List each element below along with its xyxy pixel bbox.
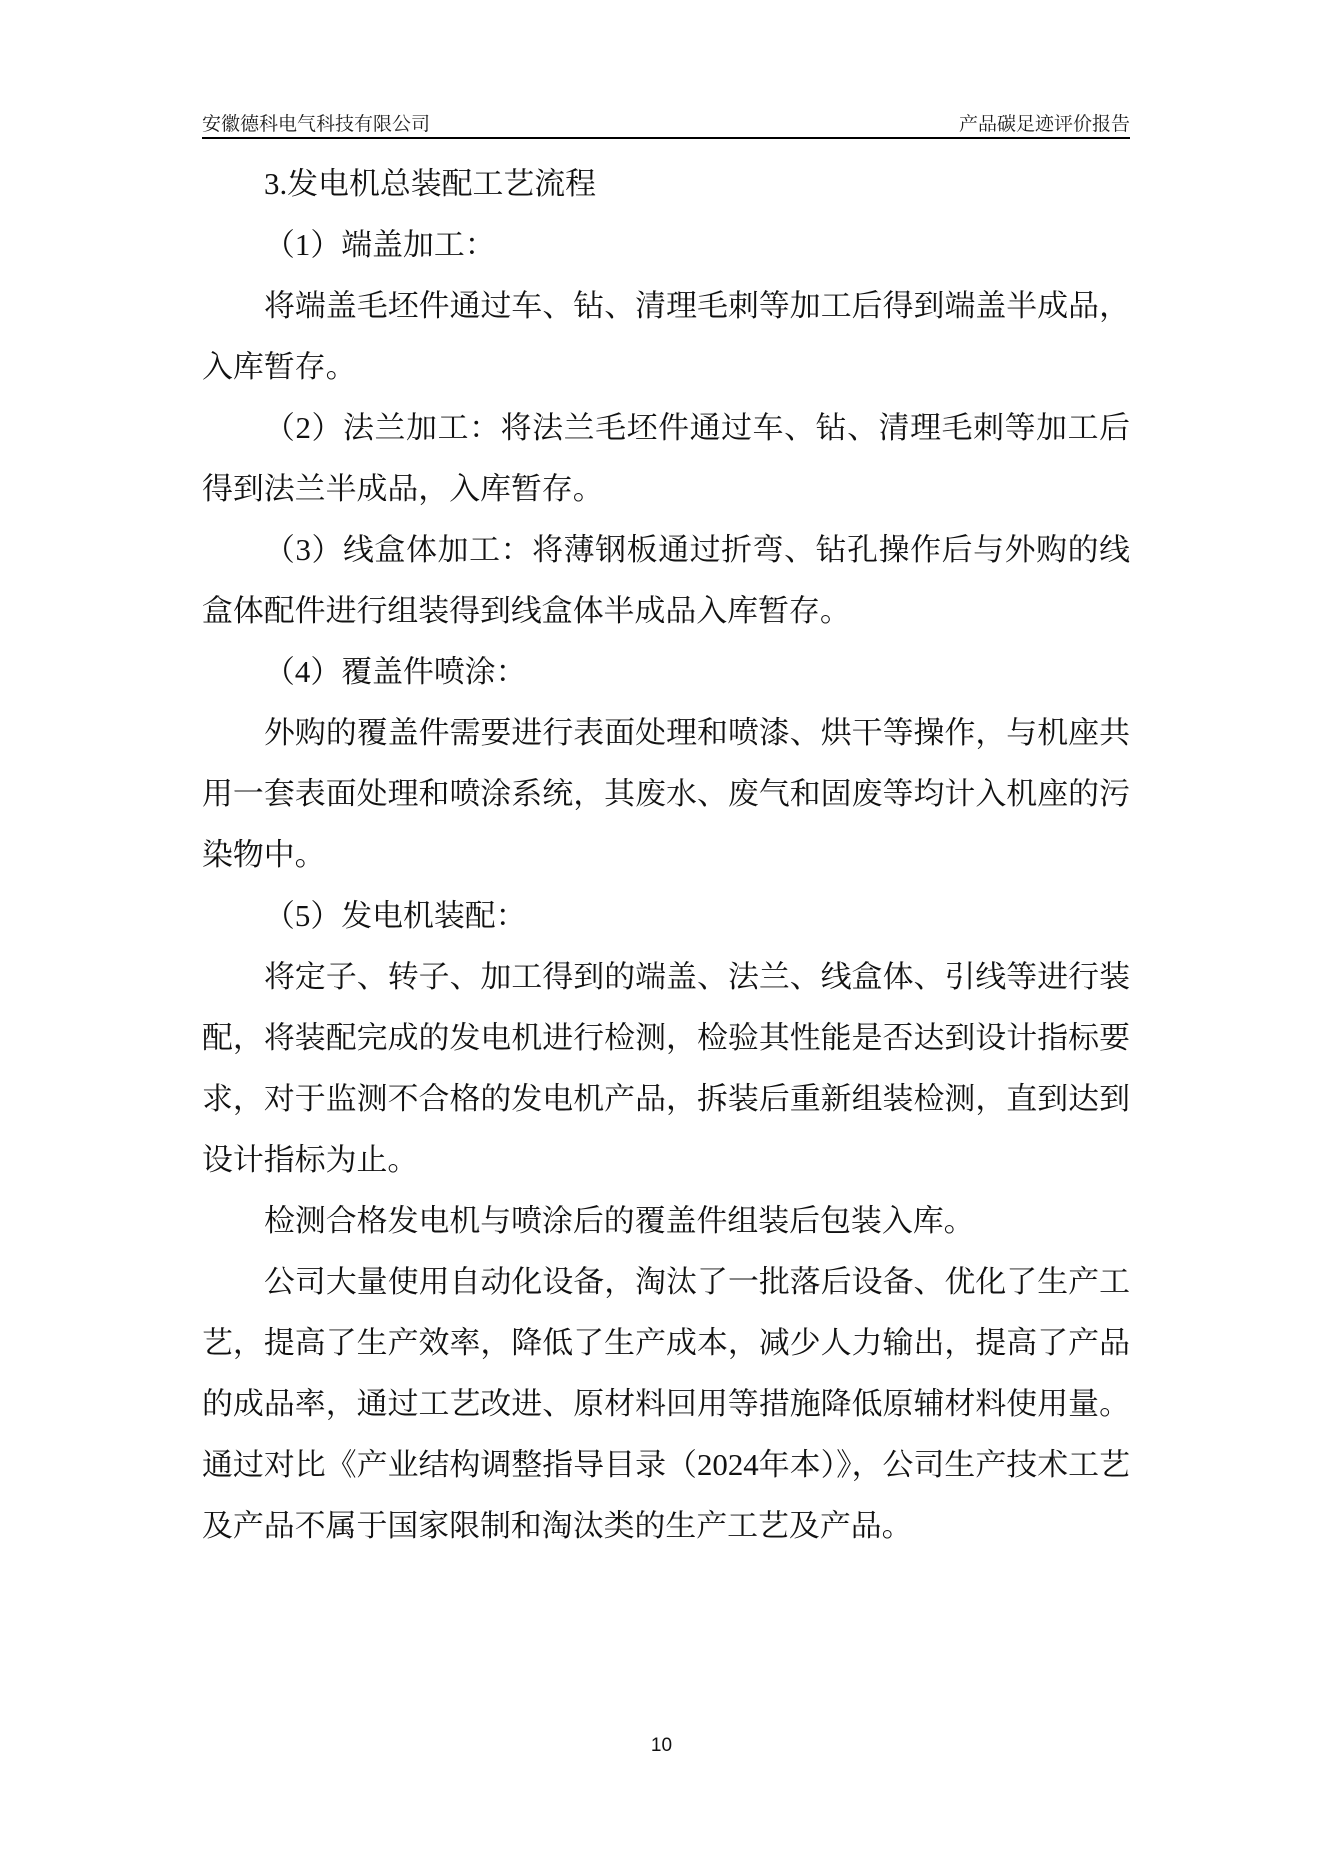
page-number: 10 [0,1735,1323,1757]
subheading-end-cap: （1）端盖加工： [202,214,1130,275]
paragraph-cover-spraying: 外购的覆盖件需要进行表面处理和喷漆、烘干等操作，与机座共用一套表面处理和喷涂系统… [202,702,1130,885]
subheading-generator-assembly: （5）发电机装配： [202,885,1130,946]
subheading-cover-spraying: （4）覆盖件喷涂： [202,641,1130,702]
paragraph-packaging: 检测合格发电机与喷涂后的覆盖件组装后包装入库。 [202,1190,1130,1251]
header-report-title: 产品碳足迹评价报告 [959,109,1130,136]
paragraph-end-cap: 将端盖毛坯件通过车、钻、清理毛刺等加工后得到端盖半成品，入库暂存。 [202,275,1130,397]
paragraph-flange: （2）法兰加工：将法兰毛坯件通过车、钻、清理毛刺等加工后得到法兰半成品，入库暂存… [202,397,1130,519]
page-header: 安徽德科电气科技有限公司 产品碳足迹评价报告 [202,108,1130,136]
paragraph-generator-assembly: 将定子、转子、加工得到的端盖、法兰、线盒体、引线等进行装配，将装配完成的发电机进… [202,946,1130,1190]
paragraph-process-improvement: 公司大量使用自动化设备，淘汰了一批落后设备、优化了生产工艺，提高了生产效率，降低… [202,1251,1130,1556]
header-company-name: 安徽德科电气科技有限公司 [202,109,430,136]
paragraph-junction-box: （3）线盒体加工：将薄钢板通过折弯、钻孔操作后与外购的线盒体配件进行组装得到线盒… [202,519,1130,641]
header-divider [202,137,1130,139]
section-heading: 3.发电机总装配工艺流程 [202,153,1130,214]
document-body: 3.发电机总装配工艺流程 （1）端盖加工： 将端盖毛坯件通过车、钻、清理毛刺等加… [202,153,1130,1556]
